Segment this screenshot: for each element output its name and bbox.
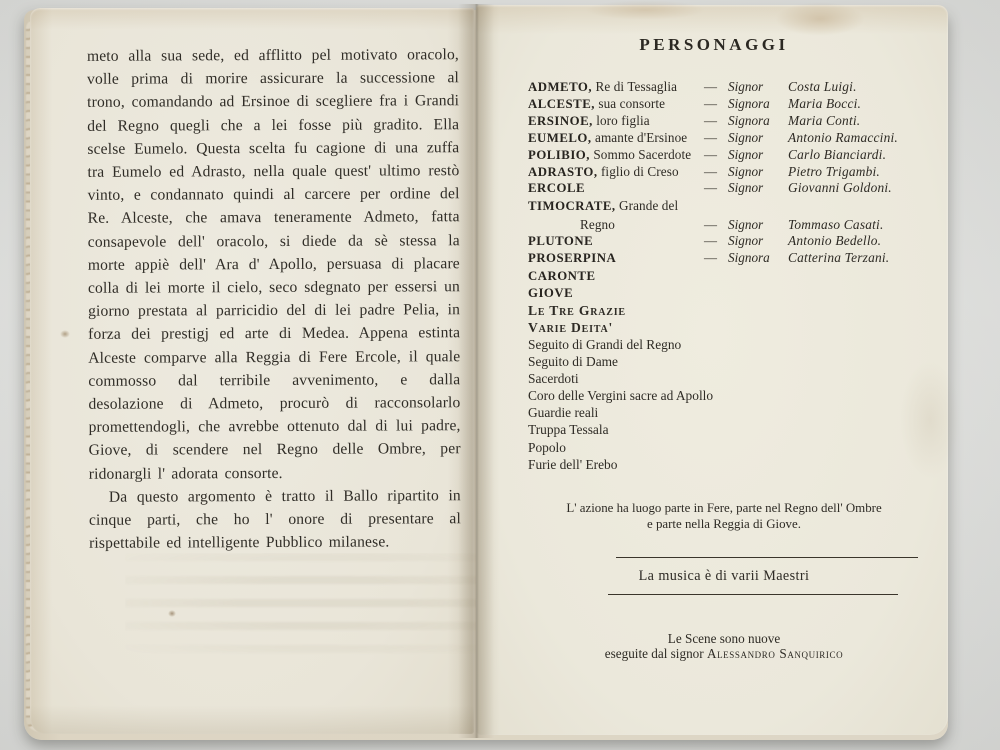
cast-row: POLIBIO, Sommo Sacerdote—SignorCarlo Bia…	[528, 147, 920, 164]
cast-row: EUMELO, amante d'Ersinoe—SignorAntonio R…	[528, 130, 920, 147]
cast-name-cell: ERCOLE	[528, 180, 704, 197]
cast-dash: —	[704, 250, 728, 267]
cast-dash: —	[704, 233, 728, 250]
cast-name-cell: ALCESTE, sua consorte	[528, 96, 704, 113]
ensemble-item: Sacerdoti	[528, 370, 920, 387]
cast-list: ADMETO, Re di Tessaglia—SignorCosta Luig…	[528, 79, 920, 267]
ensemble-item: CARONTE	[528, 268, 920, 285]
cast-row: ERCOLE—SignorGiovanni Goldoni.	[528, 180, 920, 197]
page-title: PERSONAGGI	[538, 35, 890, 55]
cast-honorific: Signora	[728, 250, 788, 267]
cast-dash: —	[704, 96, 728, 113]
cast-character: ERSINOE,	[528, 114, 593, 128]
cast-performer: Pietro Trigambi.	[788, 164, 920, 181]
cast-role: loro figlia	[593, 113, 650, 128]
cast-honorific: Signor	[728, 164, 788, 181]
cast-honorific: Signora	[728, 96, 788, 113]
cast-dash: —	[704, 180, 728, 197]
argument-paragraph-2: Da questo argomento è tratto il Ballo ri…	[89, 484, 461, 555]
ensemble-item: Guardie reali	[528, 404, 920, 421]
cast-role: sua consorte	[595, 96, 665, 111]
cast-character: POLIBIO,	[528, 148, 590, 162]
right-page: PERSONAGGI ADMETO, Re di Tessaglia—Signo…	[476, 5, 948, 735]
scenes-line2: eseguite dal signor Alessandro Sanquiric…	[528, 646, 920, 662]
ensemble-item: Popolo	[528, 439, 920, 456]
cast-row: ADRASTO, figlio di Creso—SignorPietro Tr…	[528, 164, 920, 181]
cast-name-cell: PROSERPINA	[528, 250, 704, 267]
cast-dash: —	[704, 147, 728, 164]
ensemble-item: Coro delle Vergini sacre ad Apollo	[528, 387, 920, 404]
cast-dash: —	[704, 113, 728, 130]
cast-honorific: Signor	[728, 216, 788, 233]
cast-role: figlio di Creso	[598, 164, 679, 179]
ensemble-item: Varie Deita'	[528, 319, 920, 336]
ensemble-item: Seguito di Grandi del Regno	[528, 336, 920, 353]
cast-row: ADMETO, Re di Tessaglia—SignorCosta Luig…	[528, 79, 920, 96]
setting-note-line2: e parte nella Reggia di Giove.	[528, 516, 920, 533]
cast-name-cell: ADRASTO, figlio di Creso	[528, 164, 704, 181]
photo-of-open-book: meto alla sua sede, ed afflitto pel moti…	[0, 0, 1000, 750]
cast-row: ALCESTE, sua consorte—SignoraMaria Bocci…	[528, 96, 920, 113]
cast-character: EUMELO,	[528, 131, 592, 145]
cast-role: amante d'Ersinoe	[592, 130, 688, 145]
ensemble-item: GIOVE	[528, 285, 920, 302]
cast-name-cell: POLIBIO, Sommo Sacerdote	[528, 147, 704, 164]
cast-character: ADRASTO,	[528, 165, 598, 179]
cast-performer: Antonio Bedello.	[788, 233, 920, 250]
music-credit: La musica è di varii Maestri	[528, 568, 920, 585]
cast-honorific: Signor	[728, 147, 788, 164]
cast-character: ERCOLE	[528, 181, 585, 195]
setting-note-line1: L' azione ha luogo parte in Fere, parte …	[528, 500, 920, 517]
cast-honorific: Signor	[728, 79, 788, 96]
cast-performer: Tommaso Casati.	[788, 216, 920, 233]
divider-rule-top	[616, 557, 918, 558]
ensemble-list: CARONTEGIOVELe Tre GrazieVarie Deita'Seg…	[528, 268, 920, 473]
cast-performer: Maria Conti.	[788, 113, 920, 130]
cast-name-cell: EUMELO, amante d'Ersinoe	[528, 130, 704, 147]
cast-role: Re di Tessaglia	[592, 79, 677, 94]
cast-performer: Costa Luigi.	[788, 79, 920, 96]
scenes-note: Le Scene sono nuove eseguite dal signor …	[528, 631, 920, 662]
cast-dash: —	[704, 164, 728, 181]
cast-performer: Giovanni Goldoni.	[788, 180, 920, 197]
setting-note: L' azione ha luogo parte in Fere, parte …	[528, 500, 920, 533]
left-page: meto alla sua sede, ed afflitto pel moti…	[30, 8, 474, 734]
cast-honorific: Signora	[728, 113, 788, 130]
right-page-content: PERSONAGGI ADMETO, Re di Tessaglia—Signo…	[528, 35, 920, 662]
cast-honorific: Signor	[728, 180, 788, 197]
cast-performer: Carlo Bianciardi.	[788, 147, 920, 164]
cast-name-cell: ADMETO, Re di Tessaglia	[528, 79, 704, 96]
cast-character: PLUTONE	[528, 234, 593, 248]
cast-performer: Maria Bocci.	[788, 96, 920, 113]
cast-honorific: Signor	[728, 130, 788, 147]
cast-performer: Catterina Terzani.	[788, 250, 920, 267]
cast-performer: Antonio Ramaccini.	[788, 130, 920, 147]
cast-row: PROSERPINA—SignoraCatterina Terzani.	[528, 250, 920, 267]
cast-role: Grande del	[616, 198, 679, 213]
cast-dash: —	[704, 216, 728, 233]
cast-character: PROSERPINA	[528, 251, 616, 265]
cast-dash: —	[704, 130, 728, 147]
cast-character: ADMETO,	[528, 80, 592, 94]
cast-name-cell: ERSINOE, loro figlia	[528, 113, 704, 130]
ensemble-item: Le Tre Grazie	[528, 302, 920, 319]
divider-rule-bottom	[608, 594, 898, 595]
cast-row: PLUTONE—SignorAntonio Bedello.	[528, 233, 920, 250]
scenes-designer-name: Alessandro Sanquirico	[707, 646, 843, 661]
cast-row: ERSINOE, loro figlia—SignoraMaria Conti.	[528, 113, 920, 130]
ensemble-item: Truppa Tessala	[528, 421, 920, 438]
scenes-line1: Le Scene sono nuove	[528, 631, 920, 647]
cast-character: ALCESTE,	[528, 97, 595, 111]
cast-character: TIMOCRATE,	[528, 199, 616, 213]
cast-honorific: Signor	[728, 233, 788, 250]
ensemble-item: Seguito di Dame	[528, 353, 920, 370]
cast-role: Sommo Sacerdote	[590, 147, 691, 162]
show-through-left	[125, 553, 480, 658]
cast-row: TIMOCRATE, Grande delRegno—SignorTommaso…	[528, 197, 920, 232]
cast-dash: —	[704, 79, 728, 96]
argument-paragraph-1: meto alla sua sede, ed afflitto pel moti…	[87, 43, 461, 485]
ensemble-item: Furie dell' Erebo	[528, 456, 920, 473]
scenes-line2-prefix: eseguite dal signor	[605, 646, 707, 661]
cast-name-cell: PLUTONE	[528, 233, 704, 250]
cast-role-line2: Regno	[528, 216, 704, 233]
cast-name-cell: TIMOCRATE, Grande delRegno	[528, 197, 704, 232]
left-page-text-block: meto alla sua sede, ed afflitto pel moti…	[87, 43, 461, 555]
